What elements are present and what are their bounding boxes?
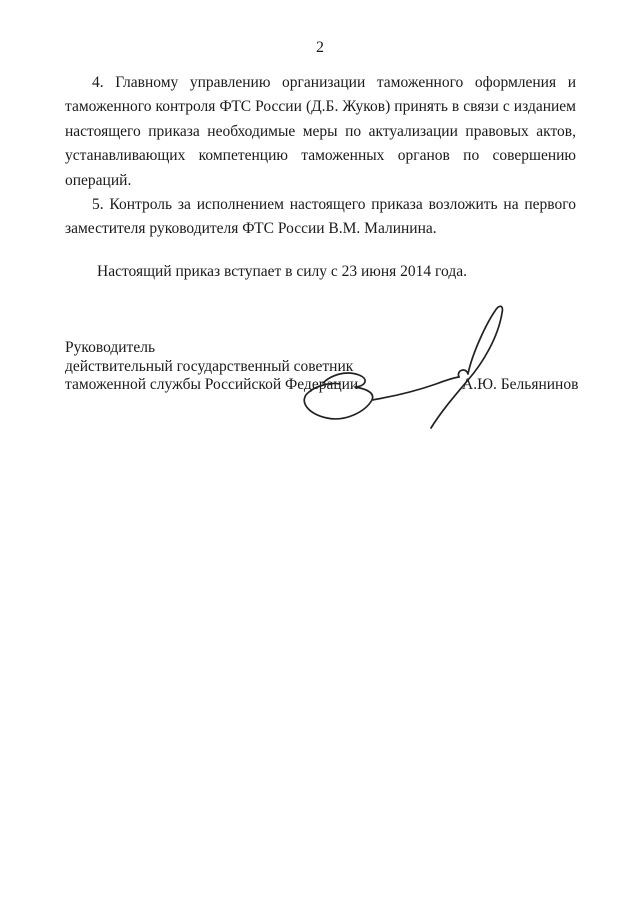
paragraph-4-line: операций. [65,169,576,193]
paragraph-4-line: таможенного контроля ФТС России (Д.Б. Жу… [65,95,576,119]
paragraph-5-line: 5. Контроль за исполнением настоящего пр… [65,193,576,217]
effective-date-line: Настоящий приказ вступает в силу с 23 ию… [65,261,576,283]
paragraph-5-line: заместителя руководителя ФТС России В.М.… [65,217,576,241]
handwritten-signature-icon [290,296,515,436]
page-number: 2 [0,39,640,57]
document-page: 2 4. Главному управлению организации там… [0,0,640,905]
paragraph-4-line: 4. Главному управлению организации тамож… [65,71,576,95]
paragraph-4-line: устанавливающих компетенцию таможенных о… [65,144,576,168]
paragraph-4-line: настоящего приказа необходимые меры по а… [65,120,576,144]
document-body: 4. Главному управлению организации тамож… [65,71,576,242]
